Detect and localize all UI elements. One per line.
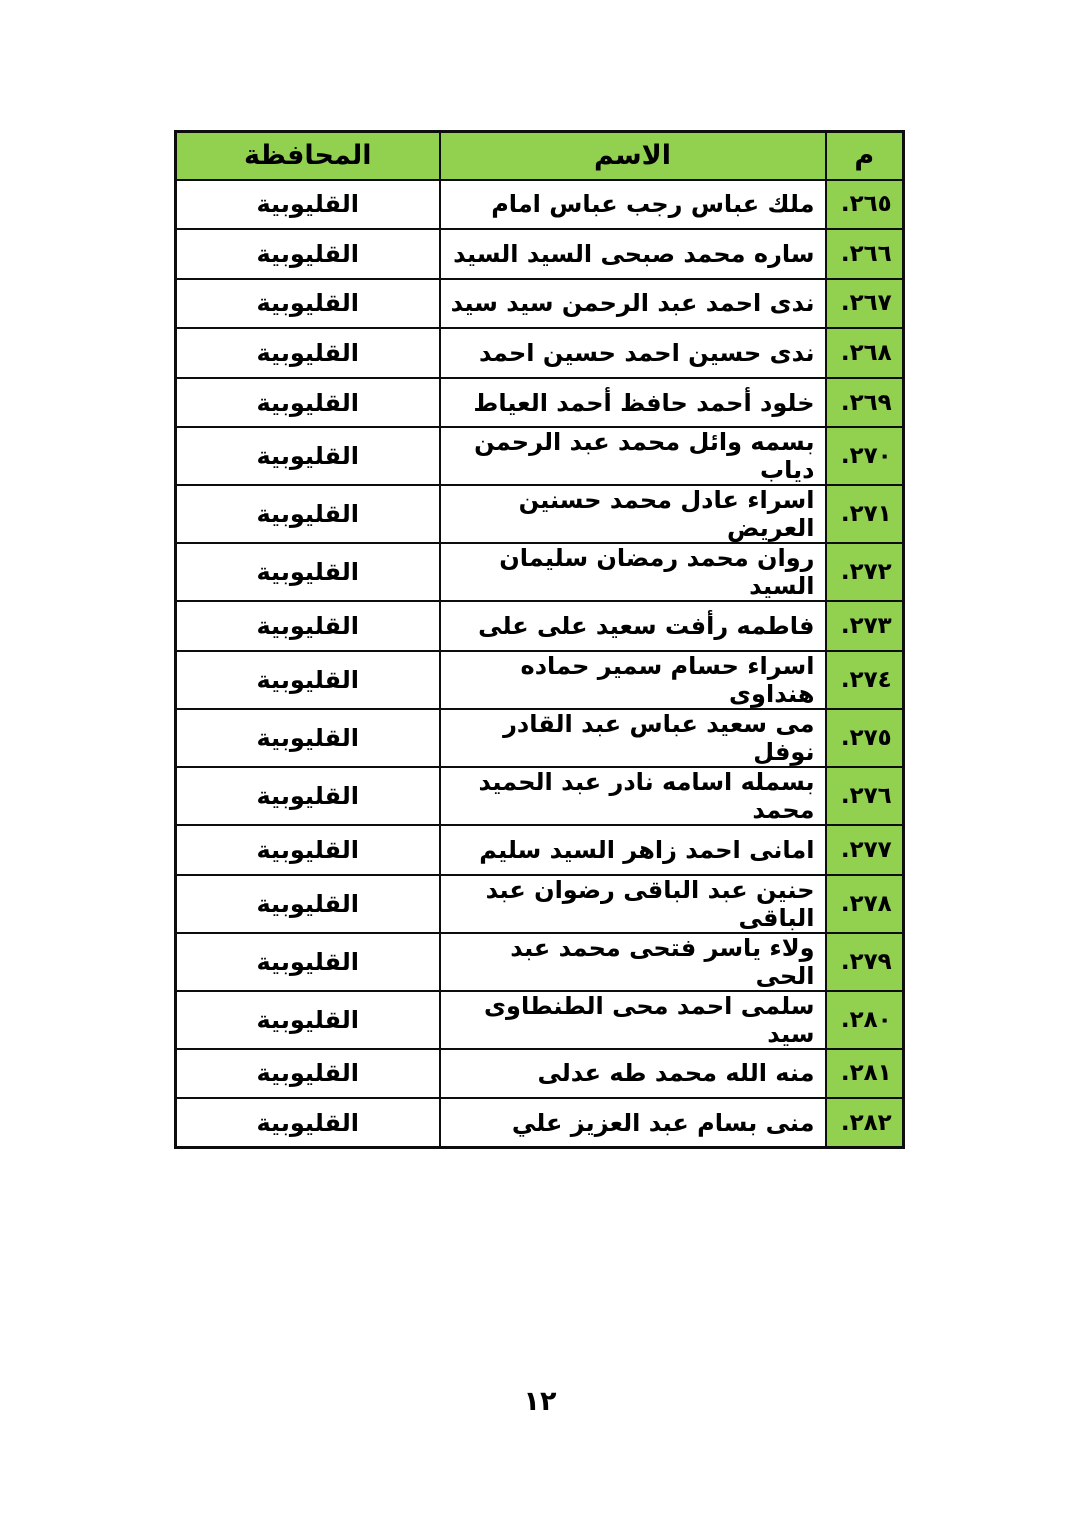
row-number-cell: ٢٧٧.	[826, 825, 904, 875]
column-header-number: م	[826, 132, 904, 180]
row-number-cell: ٢٨٢.	[826, 1098, 904, 1148]
table-row: ٢٨٢. منى بسام عبد العزيز علي القليوبية	[176, 1098, 904, 1148]
table-row: ٢٦٦. ساره محمد صبحى السيد السيد القليوبي…	[176, 229, 904, 279]
row-governorate-cell: القليوبية	[176, 767, 440, 825]
table-row: ٢٧٠. بسمه وائل محمد عبد الرحمن دياب القل…	[176, 427, 904, 485]
row-governorate-cell: القليوبية	[176, 991, 440, 1049]
row-governorate-cell: القليوبية	[176, 328, 440, 378]
row-number-cell: ٢٨٠.	[826, 991, 904, 1049]
row-governorate-cell: القليوبية	[176, 543, 440, 601]
table-body: ٢٦٥. ملك عباس رجب عباس امام القليوبية ٢٦…	[176, 180, 904, 1148]
table-header-row: م الاسم المحافظة	[176, 132, 904, 180]
row-number-cell: ٢٧٥.	[826, 709, 904, 767]
row-name-cell: منه الله محمد طه عدلى	[440, 1049, 826, 1099]
row-name-cell: اسراء عادل محمد حسنين العريض	[440, 485, 826, 543]
row-governorate-cell: القليوبية	[176, 1098, 440, 1148]
row-number-cell: ٢٧٨.	[826, 875, 904, 933]
row-number-cell: ٢٧٠.	[826, 427, 904, 485]
row-governorate-cell: القليوبية	[176, 875, 440, 933]
table-row: ٢٨٠. سلمى احمد محى الطنطاوى سيد القليوبي…	[176, 991, 904, 1049]
row-number-cell: ٢٧٩.	[826, 933, 904, 991]
row-governorate-cell: القليوبية	[176, 180, 440, 230]
row-number-cell: ٢٨١.	[826, 1049, 904, 1099]
row-number-cell: ٢٦٥.	[826, 180, 904, 230]
row-name-cell: حنين عبد الباقى رضوان عبد الباقى	[440, 875, 826, 933]
row-name-cell: اسراء حسام سمير حماده هنداوى	[440, 651, 826, 709]
table-row: ٢٦٨. ندى حسين احمد حسين احمد القليوبية	[176, 328, 904, 378]
table-row: ٢٦٥. ملك عباس رجب عباس امام القليوبية	[176, 180, 904, 230]
table-row: ٢٧٨. حنين عبد الباقى رضوان عبد الباقى ال…	[176, 875, 904, 933]
row-number-cell: ٢٦٨.	[826, 328, 904, 378]
row-number-cell: ٢٧٤.	[826, 651, 904, 709]
row-governorate-cell: القليوبية	[176, 1049, 440, 1099]
row-name-cell: فاطمه رأفت سعيد على على	[440, 601, 826, 651]
row-name-cell: سلمى احمد محى الطنطاوى سيد	[440, 991, 826, 1049]
row-governorate-cell: القليوبية	[176, 601, 440, 651]
row-governorate-cell: القليوبية	[176, 427, 440, 485]
row-governorate-cell: القليوبية	[176, 378, 440, 428]
row-number-cell: ٢٧١.	[826, 485, 904, 543]
row-name-cell: بسمله اسامه نادر عبد الحميد محمد	[440, 767, 826, 825]
row-number-cell: ٢٧٢.	[826, 543, 904, 601]
row-number-cell: ٢٦٩.	[826, 378, 904, 428]
row-number-cell: ٢٧٣.	[826, 601, 904, 651]
row-number-cell: ٢٦٧.	[826, 279, 904, 329]
row-name-cell: امانى احمد زاهر السيد سليم	[440, 825, 826, 875]
row-name-cell: ندى حسين احمد حسين احمد	[440, 328, 826, 378]
row-name-cell: ولاء ياسر فتحى محمد عبد الحى	[440, 933, 826, 991]
table-row: ٢٨١. منه الله محمد طه عدلى القليوبية	[176, 1049, 904, 1099]
table-row: ٢٦٧. ندى احمد عبد الرحمن سيد سيد القليوب…	[176, 279, 904, 329]
row-name-cell: روان محمد رمضان سليمان السيد	[440, 543, 826, 601]
table-row: ٢٧٣. فاطمه رأفت سعيد على على القليوبية	[176, 601, 904, 651]
table-row: ٢٧٢. روان محمد رمضان سليمان السيد القليو…	[176, 543, 904, 601]
column-header-name: الاسم	[440, 132, 826, 180]
row-number-cell: ٢٧٦.	[826, 767, 904, 825]
row-name-cell: خلود أحمد حافظ أحمد العياط	[440, 378, 826, 428]
row-name-cell: ساره محمد صبحى السيد السيد	[440, 229, 826, 279]
row-governorate-cell: القليوبية	[176, 229, 440, 279]
row-governorate-cell: القليوبية	[176, 651, 440, 709]
row-governorate-cell: القليوبية	[176, 825, 440, 875]
document-page: م الاسم المحافظة ٢٦٥. ملك عباس رجب عباس …	[0, 0, 1080, 1528]
table-row: ٢٧٥. مى سعيد عباس عبد القادر نوفل القليو…	[176, 709, 904, 767]
table-row: ٢٦٩. خلود أحمد حافظ أحمد العياط القليوبي…	[176, 378, 904, 428]
row-name-cell: ندى احمد عبد الرحمن سيد سيد	[440, 279, 826, 329]
table-row: ٢٧٦. بسمله اسامه نادر عبد الحميد محمد ال…	[176, 767, 904, 825]
row-name-cell: منى بسام عبد العزيز علي	[440, 1098, 826, 1148]
row-governorate-cell: القليوبية	[176, 279, 440, 329]
row-name-cell: مى سعيد عباس عبد القادر نوفل	[440, 709, 826, 767]
table-row: ٢٧٧. امانى احمد زاهر السيد سليم القليوبي…	[176, 825, 904, 875]
table-row: ٢٧٩. ولاء ياسر فتحى محمد عبد الحى القليو…	[176, 933, 904, 991]
column-header-governorate: المحافظة	[176, 132, 440, 180]
row-governorate-cell: القليوبية	[176, 485, 440, 543]
row-governorate-cell: القليوبية	[176, 933, 440, 991]
row-name-cell: بسمه وائل محمد عبد الرحمن دياب	[440, 427, 826, 485]
names-table: م الاسم المحافظة ٢٦٥. ملك عباس رجب عباس …	[174, 130, 905, 1149]
table-row: ٢٧٤. اسراء حسام سمير حماده هنداوى القليو…	[176, 651, 904, 709]
table-row: ٢٧١. اسراء عادل محمد حسنين العريض القليو…	[176, 485, 904, 543]
row-name-cell: ملك عباس رجب عباس امام	[440, 180, 826, 230]
row-number-cell: ٢٦٦.	[826, 229, 904, 279]
page-number: ١٢	[0, 1386, 1080, 1417]
row-governorate-cell: القليوبية	[176, 709, 440, 767]
